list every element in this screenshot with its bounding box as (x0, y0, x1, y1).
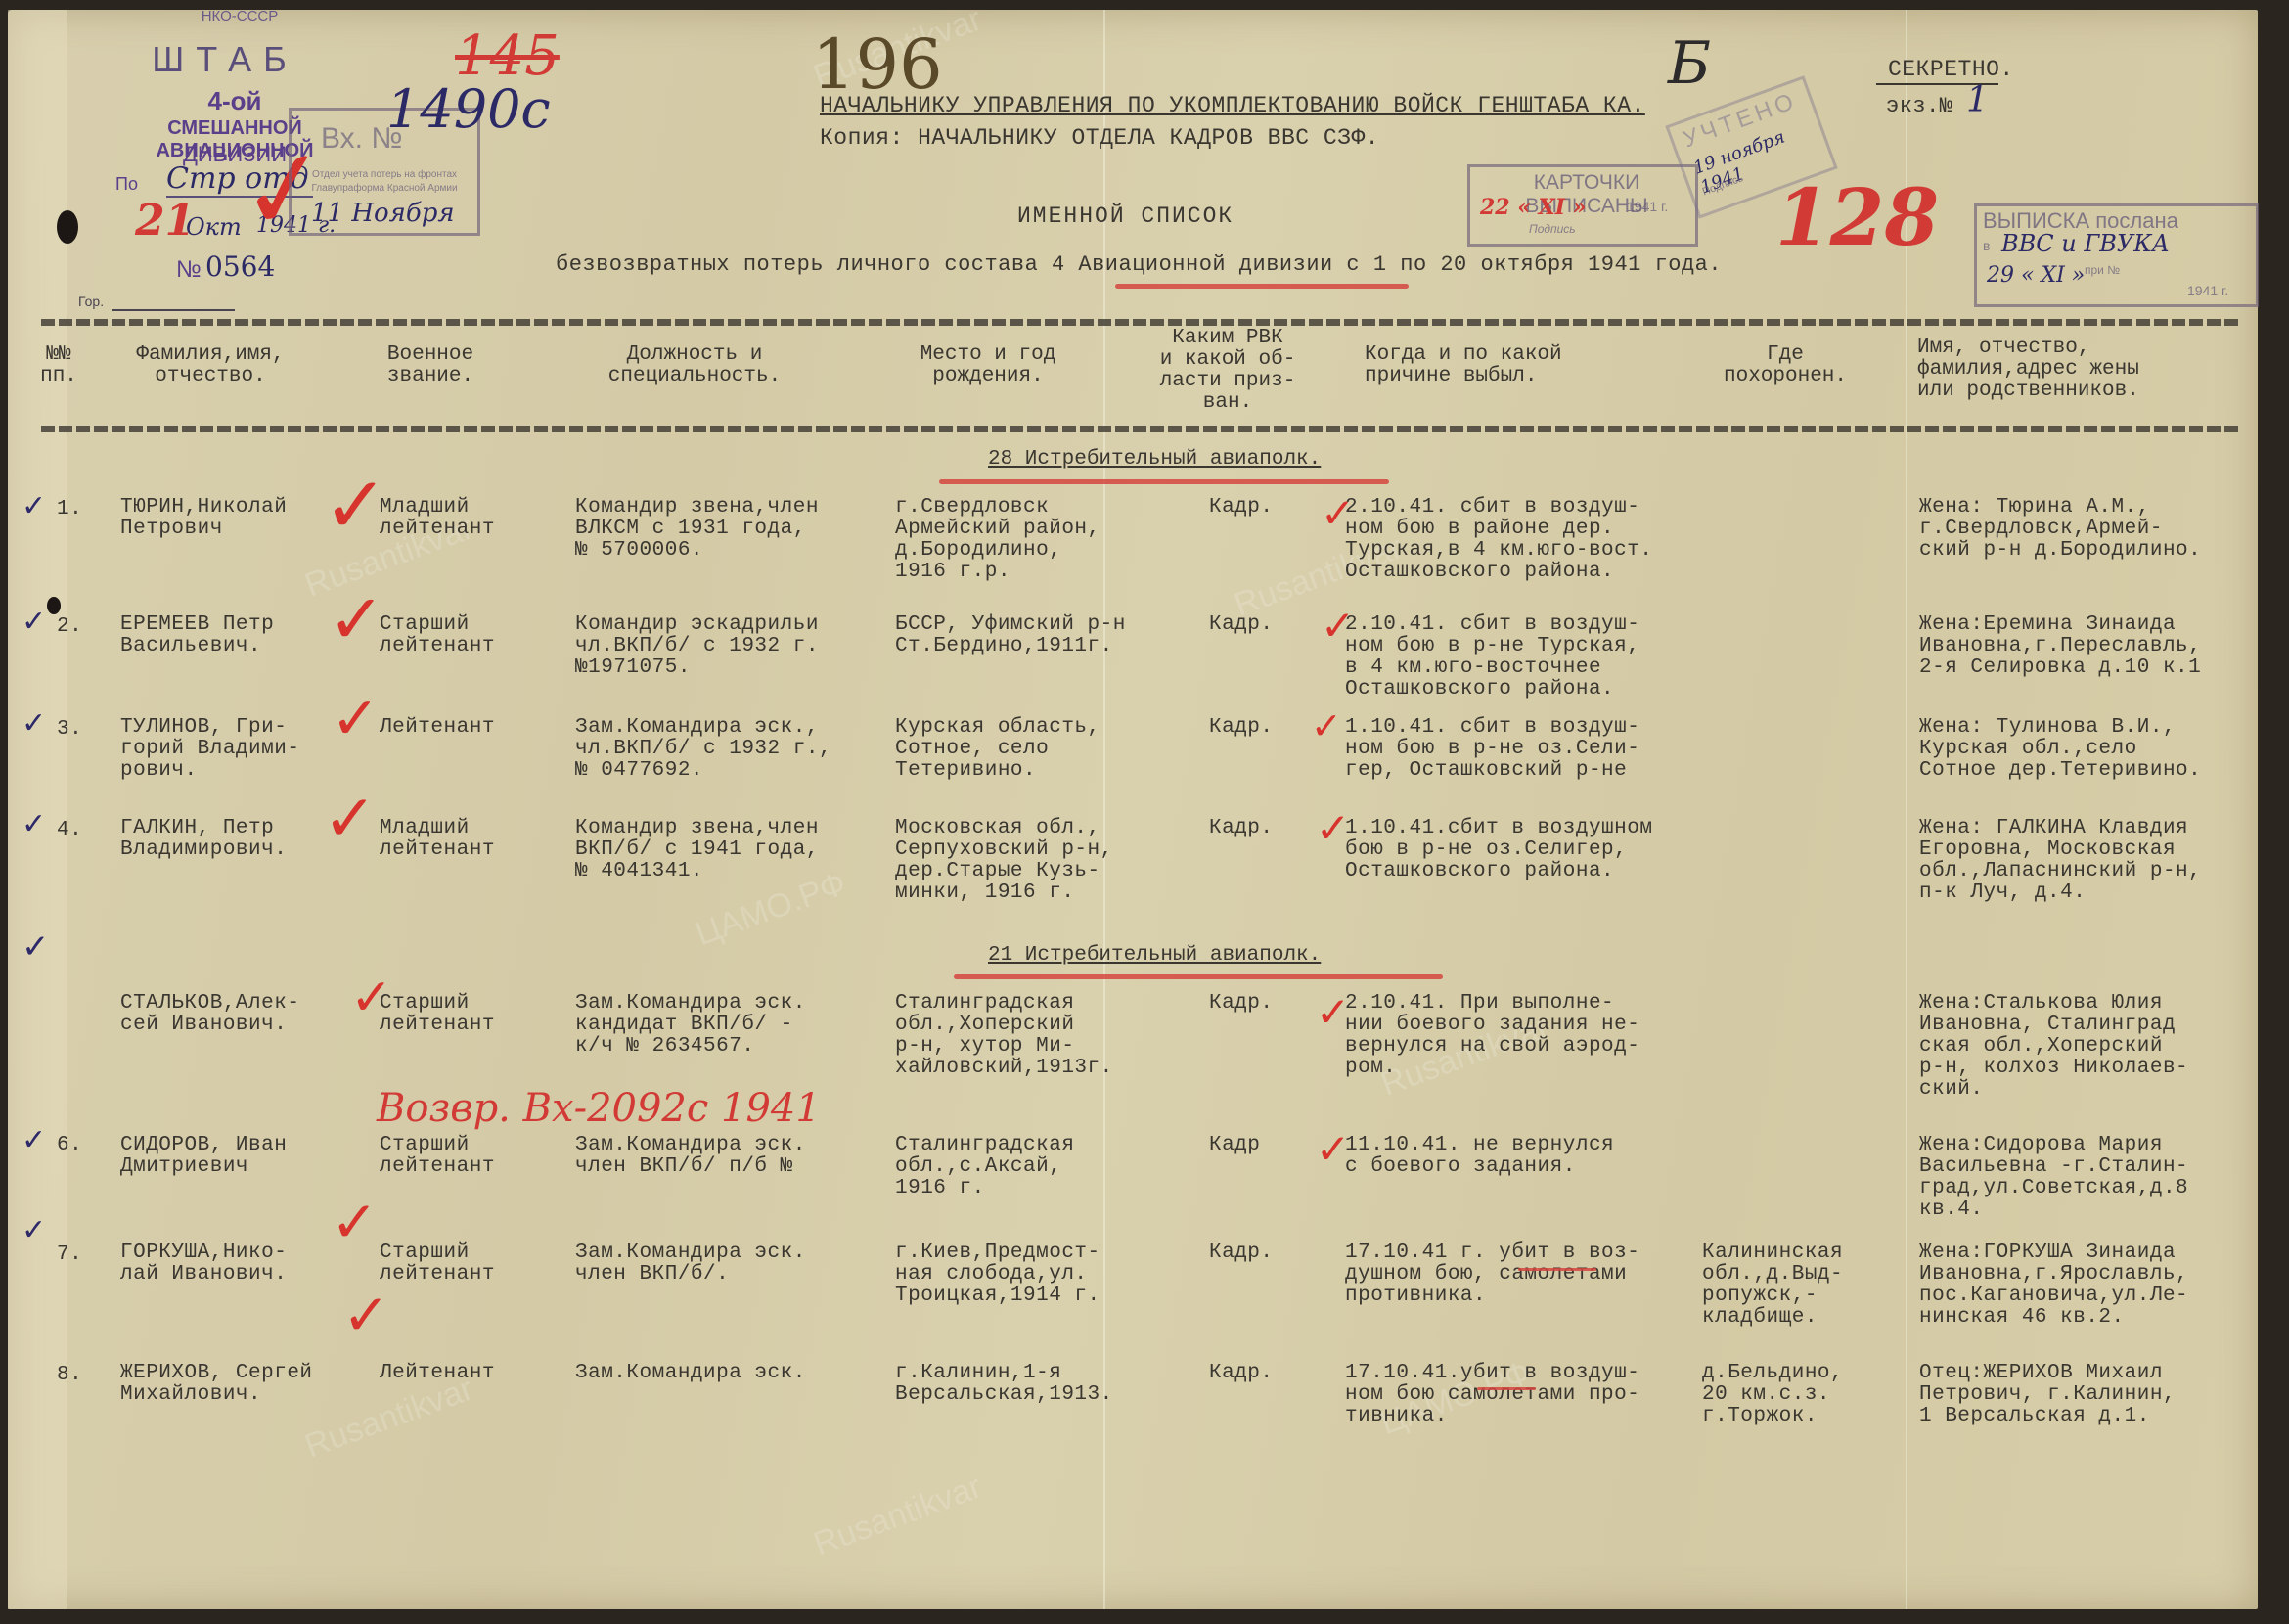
row-relatives: Жена:Сталькова Юлия Ивановна, Сталинград… (1919, 993, 2188, 1101)
row-num: 1. (57, 499, 82, 520)
red-checkmark-icon: ✓ (342, 1282, 390, 1348)
row-name: ЖЕРИХОВ, Сергей Михайлович. (120, 1363, 313, 1406)
header-rule-bottom (41, 426, 2242, 432)
col-header-reason: Когда и по какой причине выбыл. (1365, 344, 1638, 387)
red-annotation: Возвр. Вх-2092с 1941 (377, 1086, 821, 1131)
row-rvk: Кадр. (1209, 497, 1274, 519)
red-underline (954, 974, 1443, 979)
red-handwritten-number: 128 (1775, 171, 1939, 263)
row-num: 6. (57, 1135, 82, 1156)
row-num: 3. (57, 719, 82, 741)
punch-hole (57, 210, 78, 244)
document-title: ИМЕННОЙ СПИСОК (1017, 205, 1234, 227)
row-relatives: Жена:Еремина Зинаида Ивановна,г.Переслав… (1919, 614, 2201, 679)
row-buried: д.Бельдино, 20 км.с.з. г.Торжок. (1702, 1363, 1843, 1427)
row-relatives: Жена: ГАЛКИНА Клавдия Егоровна, Московск… (1919, 818, 2201, 904)
row-rvk: Кадр. (1209, 717, 1274, 739)
row-position: Командир звена,член ВКП/б/ с 1941 года, … (575, 818, 819, 882)
row-rank: Старший лейтенант (380, 993, 495, 1036)
watermark: Rusantikvar (300, 1370, 478, 1466)
blue-checkmark-icon: ✓ (22, 927, 50, 967)
cards-stamp-date: 22 « XI » (1480, 195, 1586, 220)
handwritten-letter: Б (1668, 29, 1711, 98)
row-birth: Курская область, Сотное, село Тетеривино… (895, 717, 1100, 782)
extract-stamp-ref-label: при № (2085, 263, 2120, 277)
cards-stamp-year: 1941 г. (1627, 199, 1668, 214)
row-rank: Младший лейтенант (380, 497, 495, 540)
extract-stamp-date: 29 « XI » (1987, 263, 2085, 288)
row-rvk: Кадр. (1209, 993, 1274, 1015)
stamp-shtab: ШТАБ (127, 39, 323, 80)
section-title: 28 Истребительный авиаполк. (988, 448, 1321, 471)
col-header-name: Фамилия,имя, отчество. (108, 344, 313, 387)
red-checkmark-icon: ✓ (331, 685, 380, 753)
copy-number: 1 (1966, 80, 1989, 120)
document-subtitle: безвозвратных потерь личного состава 4 А… (556, 254, 1722, 276)
row-relatives: Отец:ЖЕРИХОВ Михаил Петрович, г.Калинин,… (1919, 1363, 2176, 1427)
row-rvk: Кадр. (1209, 614, 1274, 636)
row-name: ТЮРИН,Николай Петрович (120, 497, 287, 540)
col-header-birth: Место и год рождения. (885, 344, 1091, 387)
row-reason: 2.10.41. При выполне- нии боевого задани… (1345, 993, 1639, 1079)
row-birth: Сталинградская обл.,Хоперский р-н, хутор… (895, 993, 1113, 1079)
row-num: 4. (57, 820, 82, 841)
row-position: Командир звена,член ВЛКСМ с 1931 года, №… (575, 497, 819, 562)
stamp-date-month: Окт (186, 213, 242, 241)
row-num: 7. (57, 1244, 82, 1266)
watermark: Rusantikvar (809, 1467, 987, 1563)
row-position: Зам.Командира эск. (575, 1363, 806, 1384)
row-name: СИДОРОВ, Иван Дмитриевич (120, 1135, 287, 1178)
stamp-org: НКО-СССР (166, 8, 313, 24)
section-title: 21 Истребительный авиаполк. (988, 944, 1321, 967)
row-num: 8. (57, 1365, 82, 1386)
row-num: 2. (57, 616, 82, 638)
row-relatives: Жена: Тулинова В.И., Курская обл.,село С… (1919, 717, 2201, 782)
row-rank: Старший лейтенант (380, 1242, 495, 1286)
row-rvk: Кадр. (1209, 818, 1274, 839)
blue-checkmark-icon: ✓ (22, 1213, 46, 1247)
row-reason: 17.10.41 г. убит в воз- душном бою, само… (1345, 1242, 1639, 1307)
red-underline (939, 479, 1389, 484)
row-position: Командир эскадрильи чл.ВКП/б/ с 1932 г. … (575, 614, 819, 679)
row-relatives: Жена:Сидорова Мария Васильевна -г.Сталин… (1919, 1135, 2188, 1221)
row-birth: Московская обл., Серпуховский р-н, дер.С… (895, 818, 1113, 904)
crossed-page-number: 145 (455, 24, 560, 88)
cards-stamp-sign-label: Подпись (1529, 222, 1576, 236)
header-rule-top (41, 319, 2242, 326)
row-rank: Лейтенант (380, 717, 495, 739)
blue-checkmark-icon: ✓ (22, 807, 46, 841)
row-name: ГОРКУША,Нико- лай Иванович. (120, 1242, 287, 1286)
row-birth: г.Свердловск Армейский район, д.Бородили… (895, 497, 1100, 583)
col-header-rank: Военное звание. (367, 344, 494, 387)
red-checkmark-icon: ✓ (323, 460, 388, 551)
row-reason: 2.10.41. сбит в воздуш- ном бою в р-не Т… (1345, 614, 1639, 700)
row-birth: Сталинградская обл.,с.Аксай, 1916 г. (895, 1135, 1074, 1199)
row-relatives: Жена: Тюрина А.М., г.Свердловск,Армей- с… (1919, 497, 2201, 562)
blue-checkmark-icon: ✓ (22, 1123, 46, 1157)
extract-stamp-year: 1941 г. (2187, 283, 2228, 298)
incoming-date: 11 Ноября (311, 199, 455, 228)
col-header-num: №№ пп. (39, 344, 78, 387)
row-birth: БССР, Уфимский р-н Ст.Бердино,1911г. (895, 614, 1126, 657)
row-rank: Старший лейтенант (380, 614, 495, 657)
red-checkmark-icon: ✓ (328, 579, 385, 659)
row-reason: 1.10.41.сбит в воздушном бою в р-не оз.С… (1345, 818, 1652, 882)
red-underline (1518, 1268, 1596, 1271)
col-header-buried: Где похоронен. (1697, 344, 1873, 387)
addressee-copy: Копия: НАЧАЛЬНИКУ ОТДЕЛА КАДРОВ ВВС СЗФ. (820, 127, 1379, 149)
copy-label: экз.№ (1886, 96, 1953, 117)
red-underline (1115, 284, 1409, 289)
blue-checkmark-icon: ✓ (22, 706, 46, 741)
extract-stamp-to-label: в (1983, 238, 1990, 253)
row-reason: 1.10.41. сбит в воздуш- ном бою в р-не о… (1345, 717, 1639, 782)
row-rank: Лейтенант (380, 1363, 495, 1384)
stamp-gor-label: Гор. (78, 293, 104, 309)
row-rvk: Кадр. (1209, 1242, 1274, 1264)
row-name: ЕРЕМЕЕВ Петр Васильевич. (120, 614, 274, 657)
stamp-po-label: По (115, 174, 138, 195)
row-name: СТАЛЬКОВ,Алек- сей Иванович. (120, 993, 299, 1036)
blue-checkmark-icon: ✓ (22, 489, 46, 523)
addressee-to: НАЧАЛЬНИКУ УПРАВЛЕНИЯ ПО УКОМПЛЕКТОВАНИЮ… (820, 95, 1645, 116)
row-rank: Старший лейтенант (380, 1135, 495, 1178)
red-checkmark-icon: ✓ (331, 1189, 379, 1255)
red-checkmark-icon: ✓ (1311, 704, 1342, 747)
row-birth: г.Киев,Предмост- ная слобода,ул. Троицка… (895, 1242, 1100, 1307)
row-position: Зам.Командира эск. член ВКП/б/. (575, 1242, 806, 1286)
row-name: ТУЛИНОВ, Гри- горий Владими- рович. (120, 717, 299, 782)
row-buried: Калининская обл.,д.Выд- ропужск,- кладби… (1702, 1242, 1843, 1329)
row-rvk: Кадр (1209, 1135, 1260, 1156)
row-rvk: Кадр. (1209, 1363, 1274, 1384)
red-checkmark-icon: ✓ (323, 781, 377, 856)
incoming-dept-line2: Главупраформа Красной Армии (296, 183, 472, 194)
col-header-relatives: Имя, отчество, фамилия,адрес жены или ро… (1917, 338, 2240, 402)
red-underline (1477, 1387, 1536, 1390)
row-reason: 2.10.41. сбит в воздуш- ном бою в районе… (1345, 497, 1652, 583)
col-header-position: Должность и специальность. (567, 344, 822, 387)
cards-written-stamp: КАРТОЧКИ ВЫПИСАНЫ 22 « XI » 1941 г. Подп… (1467, 164, 1698, 247)
extract-sent-stamp: ВЫПИСКА послана в ВВС и ГВУКА при № 29 «… (1974, 203, 2259, 307)
secrecy-label: СЕКРЕТНО. (1888, 59, 2014, 80)
row-relatives: Жена:ГОРКУША Зинаида Ивановна,г.Ярославл… (1919, 1242, 2188, 1329)
stamp-number-label: № (176, 256, 202, 284)
row-position: Зам.Командира эск., чл.ВКП/б/ с 1932 г.,… (575, 717, 831, 782)
blue-checkmark-icon: ✓ (22, 605, 46, 639)
row-reason: 17.10.41.убит в воздуш- ном бою самолета… (1345, 1363, 1639, 1427)
row-position: Зам.Командира эск. кандидат ВКП/б/ - к/ч… (575, 993, 806, 1058)
row-name: ГАЛКИН, Петр Владимирович. (120, 818, 287, 861)
row-rank: Младший лейтенант (380, 818, 495, 861)
row-birth: г.Калинин,1-я Версальская,1913. (895, 1363, 1113, 1406)
incoming-dept-line1: Отдел учета потерь на фронтах (296, 169, 472, 180)
row-position: Зам.Командира эск. член ВКП/б/ п/б № (575, 1135, 806, 1178)
col-header-rvk: Каким РВК и какой об- ласти приз- ван. (1154, 328, 1301, 414)
extract-stamp-to-value: ВВС и ГВУКА (2001, 230, 2170, 257)
row-reason: 11.10.41. не вернулся с боевого задания. (1345, 1135, 1614, 1178)
punch-hole (47, 597, 61, 614)
stamp-gor-line (112, 309, 235, 311)
